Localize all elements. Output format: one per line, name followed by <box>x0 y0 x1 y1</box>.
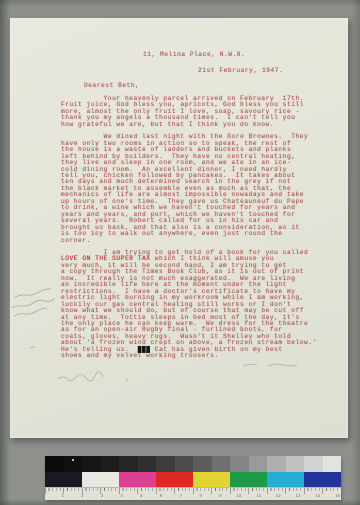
color-patch-red <box>156 472 193 488</box>
letter-paragraph: Your heavenly parcel arrived on February… <box>61 96 323 128</box>
color-patch-near-black <box>45 472 82 488</box>
letter-date: 21st February, 1947. <box>198 68 283 74</box>
grayscale-step <box>323 456 342 472</box>
closing-pencil-note <box>58 364 297 381</box>
letter-paper: 11, Melina Place, N.W.8. 21st February, … <box>10 18 348 438</box>
ruler-numbers: 123456789101112131415 <box>45 493 341 499</box>
color-patch-green <box>230 472 267 488</box>
grayscale-step <box>119 456 138 472</box>
ruler-number: 6 <box>144 493 164 499</box>
ruler-number: 1 <box>45 493 65 499</box>
letter-salutation: Dearest Beth, <box>84 83 139 89</box>
ruler-number: 15 <box>321 493 341 499</box>
grayscale-step <box>286 456 305 472</box>
grayscale-step <box>82 456 101 472</box>
ruler-number: 13 <box>282 493 302 499</box>
color-calibration-target: 123456789101112131415 <box>45 456 341 500</box>
grayscale-step <box>101 456 120 472</box>
scanned-letter-photo: 11, Melina Place, N.W.8. 21st February, … <box>0 0 360 505</box>
color-patch-yellow <box>193 472 230 488</box>
letter-paragraph: We dined last night with the Gore Browne… <box>61 134 323 244</box>
ruler-number: 3 <box>84 493 104 499</box>
ruler-number: 10 <box>223 493 243 499</box>
color-patch-blue <box>304 472 341 488</box>
letter-address: 11, Melina Place, N.W.8. <box>143 52 245 58</box>
ruler-number: 2 <box>65 493 85 499</box>
grayscale-ramp <box>45 456 341 472</box>
letter-paragraph: I am trying to get hold of a book for yo… <box>61 250 323 360</box>
ruler-number: 9 <box>203 493 223 499</box>
grayscale-step <box>249 456 268 472</box>
ruler-number: 7 <box>163 493 183 499</box>
ruler-number: 4 <box>104 493 124 499</box>
color-patches <box>45 472 341 488</box>
margin-pencil-note <box>12 289 54 348</box>
grayscale-step <box>156 456 175 472</box>
grayscale-step <box>267 456 286 472</box>
dust-speck <box>72 459 74 461</box>
color-patch-cyan <box>267 472 304 488</box>
grayscale-step <box>304 456 323 472</box>
ruler-number: 8 <box>183 493 203 499</box>
letter-body: Your heavenly parcel arrived on February… <box>61 96 323 366</box>
color-patch-white <box>82 472 119 488</box>
letter-line: corner. <box>61 238 323 244</box>
grayscale-step <box>193 456 212 472</box>
ruler-scale: 123456789101112131415 <box>45 487 341 500</box>
grayscale-step <box>138 456 157 472</box>
ruler-number: 5 <box>124 493 144 499</box>
ruler-number: 11 <box>242 493 262 499</box>
color-patch-magenta <box>119 472 156 488</box>
grayscale-step <box>45 456 64 472</box>
letter-line: shoes and my velvet working trousers. <box>61 353 323 359</box>
grayscale-step <box>230 456 249 472</box>
grayscale-step <box>175 456 194 472</box>
ruler-number: 14 <box>302 493 322 499</box>
grayscale-step <box>212 456 231 472</box>
letter-line: how grateful we are, but that I think yo… <box>61 122 323 128</box>
ruler-number: 12 <box>262 493 282 499</box>
